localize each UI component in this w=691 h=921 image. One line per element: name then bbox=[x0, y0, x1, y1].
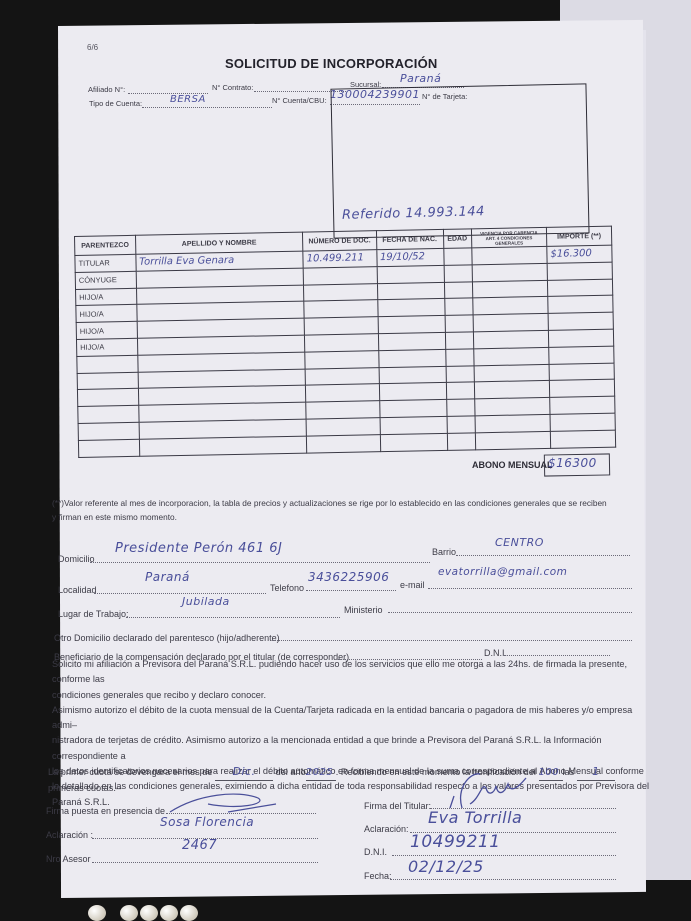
abono-mensual-label: ABONO MENSUAL bbox=[472, 460, 553, 470]
cell-vigencia[interactable] bbox=[474, 364, 550, 382]
cell-vigencia[interactable] bbox=[473, 330, 549, 348]
footnote: (**)Valor referente al mes de incorporac… bbox=[52, 496, 652, 524]
lugar-trabajo-label: Lugar de Trabajo: bbox=[58, 609, 129, 619]
titular-signature bbox=[440, 768, 530, 812]
localidad-field[interactable] bbox=[94, 593, 266, 594]
cell-fecha_nac[interactable] bbox=[379, 383, 446, 401]
email-field[interactable] bbox=[428, 588, 632, 589]
cell-edad[interactable] bbox=[445, 332, 473, 349]
family-members-table: PARENTEZCO APELLIDO Y NOMBRE NÚMERO DE D… bbox=[74, 226, 616, 458]
fecha-field[interactable] bbox=[390, 879, 616, 880]
barrio-field[interactable] bbox=[456, 555, 630, 556]
ministerio-label: Ministerio bbox=[344, 605, 383, 615]
bonif-pct-field[interactable]: 100 bbox=[539, 765, 563, 781]
cell-parentezco bbox=[77, 389, 138, 407]
cell-importe[interactable] bbox=[548, 329, 613, 347]
col-importe: IMPORTE (**) bbox=[546, 226, 611, 246]
otro-domicilio-label: Otro Domicilio declarado del parentesco … bbox=[54, 633, 280, 643]
cell-edad[interactable] bbox=[445, 349, 473, 366]
cell-parentezco: CÓNYUGE bbox=[75, 271, 136, 289]
tipo-cuenta-value: BERSA bbox=[170, 94, 206, 105]
cell-doc[interactable] bbox=[304, 283, 378, 301]
email-label: e-mail bbox=[400, 580, 425, 590]
cell-vigencia[interactable] bbox=[472, 263, 548, 281]
cell-doc[interactable]: 10.499.211 bbox=[303, 250, 377, 268]
telefono-value: 3436225906 bbox=[308, 570, 389, 584]
cell-fecha_nac[interactable]: 19/10/52 bbox=[376, 248, 443, 266]
dni-titular-label: D.N.I. bbox=[364, 847, 387, 857]
contrato-label: N° Contrato: bbox=[212, 83, 253, 92]
cell-importe[interactable] bbox=[550, 413, 615, 431]
cell-importe[interactable] bbox=[549, 363, 614, 381]
cell-edad[interactable] bbox=[447, 416, 475, 433]
cell-edad[interactable] bbox=[444, 281, 472, 298]
nro-asesor-value: 2467 bbox=[182, 838, 217, 853]
cell-importe[interactable] bbox=[550, 430, 615, 448]
afiliado-label: Afiliado N°: bbox=[88, 85, 125, 94]
lugar-trabajo-value: Jubilada bbox=[182, 595, 230, 608]
cell-parentezco bbox=[78, 405, 139, 423]
cell-doc[interactable] bbox=[306, 418, 380, 436]
cell-parentezco bbox=[77, 372, 138, 390]
beneficiario-dni-field[interactable] bbox=[504, 655, 610, 656]
sucursal-value: Paraná bbox=[400, 72, 441, 85]
dni-titular-value: 10499211 bbox=[410, 832, 501, 852]
cell-fecha_nac[interactable] bbox=[379, 366, 446, 384]
aclaracion-titular-label: Aclaración: bbox=[364, 824, 409, 834]
email-value: evatorrilla@gmail.com bbox=[438, 566, 567, 578]
col-parentezco: PARENTEZCO bbox=[75, 235, 136, 255]
cell-doc[interactable] bbox=[305, 334, 379, 352]
tipo-cuenta-field[interactable] bbox=[142, 107, 272, 108]
cell-importe[interactable] bbox=[549, 380, 614, 398]
col-fecha-nac: FECHA DE NAC. bbox=[376, 229, 443, 249]
cell-fecha_nac[interactable] bbox=[379, 400, 446, 418]
aclaracion-titular-value: Eva Torrilla bbox=[428, 808, 522, 827]
cell-doc[interactable] bbox=[306, 401, 380, 419]
cell-nombre[interactable] bbox=[139, 436, 307, 456]
col-edad: EDAD bbox=[443, 229, 471, 249]
cuota-mes-field[interactable]: Dic. bbox=[215, 764, 273, 781]
bonif-cuotas-field[interactable]: 1 bbox=[577, 764, 615, 781]
cell-fecha_nac[interactable] bbox=[378, 349, 445, 367]
col-vigencia: VIGENCIA POR CARENCIAART. 4 CONDICIONES … bbox=[471, 227, 547, 247]
domicilio-field[interactable] bbox=[90, 562, 430, 563]
cell-importe[interactable] bbox=[548, 312, 613, 330]
localidad-value: Paraná bbox=[145, 570, 190, 584]
advisor-signature bbox=[168, 790, 278, 816]
cell-parentezco bbox=[78, 422, 139, 440]
cell-doc[interactable] bbox=[303, 266, 377, 284]
cuota-anio-field[interactable]: 2025 bbox=[306, 765, 336, 781]
cell-fecha_nac[interactable] bbox=[377, 265, 444, 283]
cell-fecha_nac[interactable] bbox=[380, 433, 447, 451]
cell-doc[interactable] bbox=[305, 367, 379, 385]
cell-parentezco: HIJO/A bbox=[76, 321, 137, 339]
cell-parentezco bbox=[78, 439, 139, 457]
presencia-label: Firma puesta en presencia de bbox=[46, 806, 165, 816]
localidad-label: Localidad bbox=[58, 585, 97, 595]
cell-parentezco: TITULAR bbox=[75, 254, 136, 272]
cell-vigencia[interactable] bbox=[472, 297, 548, 315]
cuota-line: La primer cuota se devengara el mes de D… bbox=[48, 764, 648, 797]
cell-edad[interactable] bbox=[446, 365, 474, 382]
cell-parentezco bbox=[77, 355, 138, 373]
cell-vigencia[interactable] bbox=[472, 280, 548, 298]
telefono-field[interactable] bbox=[306, 590, 396, 591]
cell-vigencia[interactable] bbox=[475, 414, 551, 432]
form: 6/6 SOLICITUD DE INCORPORACIÓN Afiliado … bbox=[0, 0, 691, 921]
cell-edad[interactable] bbox=[444, 265, 472, 282]
cell-doc[interactable] bbox=[304, 300, 378, 318]
cell-edad[interactable] bbox=[443, 248, 471, 265]
telefono-label: Telefono bbox=[270, 583, 304, 593]
nro-asesor-label: Nro Asesor bbox=[46, 854, 91, 864]
aclaracion-asesor-label: Aclaración : bbox=[46, 830, 93, 840]
nro-asesor-field[interactable] bbox=[92, 862, 318, 863]
cell-vigencia[interactable] bbox=[473, 347, 549, 365]
cell-parentezco: HIJO/A bbox=[76, 338, 137, 356]
cell-vigencia[interactable] bbox=[475, 431, 551, 449]
fecha-label: Fecha: bbox=[364, 871, 392, 881]
cell-doc[interactable] bbox=[307, 434, 381, 452]
cell-vigencia[interactable] bbox=[474, 398, 550, 416]
cell-vigencia[interactable] bbox=[471, 246, 547, 264]
cell-vigencia[interactable] bbox=[473, 314, 549, 332]
abono-mensual-value: $16300 bbox=[548, 456, 597, 470]
otro-domicilio-field[interactable] bbox=[272, 640, 632, 641]
tipo-cuenta-label: Tipo de Cuenta: bbox=[89, 99, 142, 108]
firma-titular-label: Firma del Titular: bbox=[364, 801, 431, 811]
cell-parentezco: HIJO/A bbox=[76, 288, 137, 306]
cell-vigencia[interactable] bbox=[474, 381, 550, 399]
aclaracion-asesor-value: Sosa Florencia bbox=[160, 815, 254, 829]
cell-edad[interactable] bbox=[447, 433, 475, 450]
cell-edad[interactable] bbox=[446, 399, 474, 416]
cell-importe[interactable]: $16.300 bbox=[547, 245, 612, 263]
cell-importe[interactable] bbox=[550, 396, 615, 414]
lugar-trabajo-field[interactable] bbox=[126, 617, 340, 618]
cell-importe[interactable] bbox=[547, 262, 612, 280]
cell-doc[interactable] bbox=[306, 384, 380, 402]
cell-edad[interactable] bbox=[445, 315, 473, 332]
domicilio-value: Presidente Perón 461 6J bbox=[115, 541, 282, 556]
cell-edad[interactable] bbox=[446, 382, 474, 399]
cell-doc[interactable] bbox=[305, 350, 379, 368]
cell-fecha_nac[interactable] bbox=[378, 316, 445, 334]
fecha-value: 02/12/25 bbox=[408, 857, 484, 876]
cell-importe[interactable] bbox=[547, 279, 612, 297]
cell-fecha_nac[interactable] bbox=[378, 332, 445, 350]
page-title: SOLICITUD DE INCORPORACIÓN bbox=[225, 56, 437, 71]
cell-importe[interactable] bbox=[548, 296, 613, 314]
ministerio-field[interactable] bbox=[388, 612, 632, 613]
cell-importe[interactable] bbox=[549, 346, 614, 364]
cell-fecha_nac[interactable] bbox=[380, 416, 447, 434]
cell-fecha_nac[interactable] bbox=[377, 299, 444, 317]
dni-titular-field[interactable] bbox=[392, 855, 616, 856]
cell-fecha_nac[interactable] bbox=[377, 282, 444, 300]
col-numero-doc: NÚMERO DE DOC. bbox=[303, 231, 377, 251]
cell-edad[interactable] bbox=[444, 298, 472, 315]
barrio-label: Barrio bbox=[432, 547, 456, 557]
barrio-value: CENTRO bbox=[495, 536, 544, 549]
cell-doc[interactable] bbox=[304, 317, 378, 335]
page-number: 6/6 bbox=[87, 43, 98, 52]
cell-parentezco: HIJO/A bbox=[76, 305, 137, 323]
cuenta-cbu-label: N° Cuenta/CBU: bbox=[272, 96, 327, 105]
